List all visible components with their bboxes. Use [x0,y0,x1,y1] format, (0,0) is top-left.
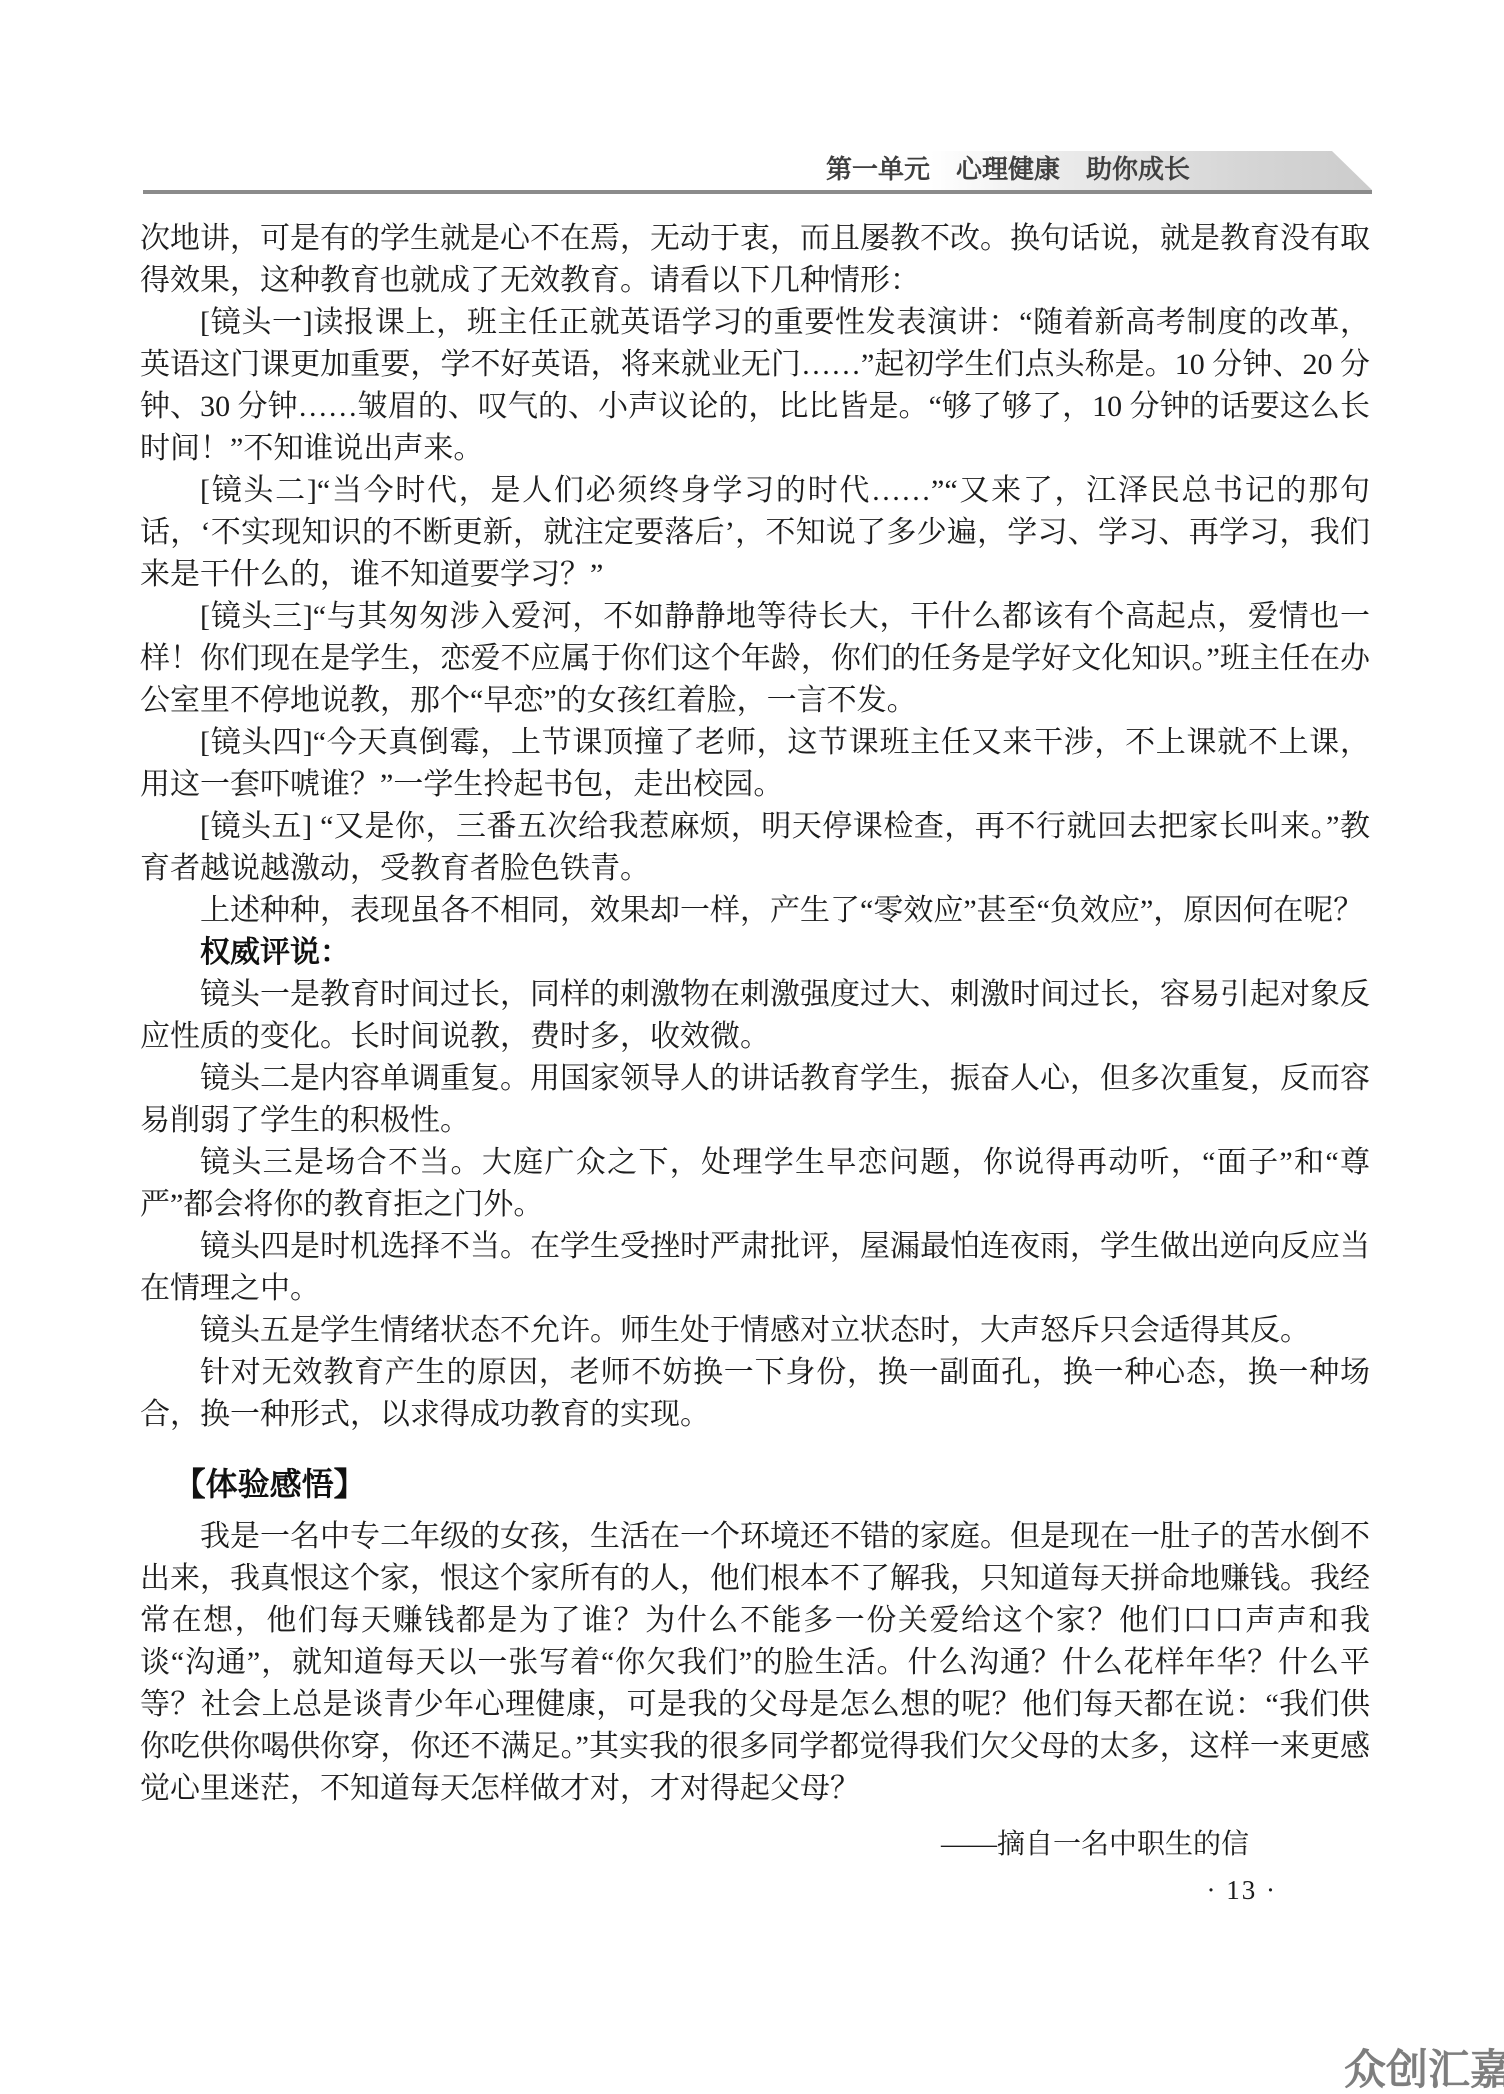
paragraph: 镜头五是学生情绪状态不允许。师生处于情感对立状态时，大声怒斥只会适得其反。 [140,1310,1370,1352]
paragraph: [镜头二]“当今时代，是人们必须终身学习的时代……”“又来了，江泽民总书记的那句… [140,470,1370,596]
paragraph: [镜头四]“今天真倒霉，上节课顶撞了老师，这节课班主任又来干涉，不上课就不上课，… [140,722,1370,806]
paragraph: [镜头一]读报课上，班主任正就英语学习的重要性发表演讲：“随着新高考制度的改革，… [140,302,1370,470]
page-header: 第一单元 心理健康 助你成长 [0,0,1504,196]
watermark-logo: 众创汇嘉 [1344,2046,1504,2094]
paragraph: 我是一名中专二年级的女孩，生活在一个环境还不错的家庭。但是现在一肚子的苦水倒不出… [140,1516,1370,1810]
paragraph: [镜头三]“与其匆匆涉入爱河，不如静静地等待长大，干什么都该有个高起点，爱情也一… [140,596,1370,722]
page-content: 次地讲，可是有的学生就是心不在焉，无动于衷，而且屡教不改。换句话说，就是教育没有… [0,196,1504,1810]
section-heading: 权威评说： [140,932,1370,974]
paragraph: 镜头二是内容单调重复。用国家领导人的讲话教育学生，振奋人心，但多次重复，反而容易… [140,1058,1370,1142]
book-page: 第一单元 心理健康 助你成长 次地讲，可是有的学生就是心不在焉，无动于衷，而且屡… [0,0,1504,2094]
paragraph: 针对无效教育产生的原因，老师不妨换一下身份，换一副面孔，换一种心态，换一种场合，… [140,1352,1370,1436]
paragraph: 镜头一是教育时间过长，同样的刺激物在刺激强度过大、刺激时间过长，容易引起对象反应… [140,974,1370,1058]
paragraph: [镜头五] “又是你，三番五次给我惹麻烦，明天停课检查，再不行就回去把家长叫来。… [140,806,1370,890]
paragraph: 上述种种，表现虽各不相同，效果却一样，产生了“零效应”甚至“负效应”，原因何在呢… [140,890,1370,932]
paragraph: 镜头三是场合不当。大庭广众之下，处理学生早恋问题，你说得再动听，“面子”和“尊严… [140,1142,1370,1226]
header-rule [143,190,1372,194]
attribution-line: ——摘自一名中职生的信 [0,1824,1504,1866]
section-heading: 【体验感悟】 [140,1462,1370,1506]
page-number: · 13 · [0,1872,1504,1908]
paragraph: 次地讲，可是有的学生就是心不在焉，无动于衷，而且屡教不改。换句话说，就是教育没有… [140,218,1370,302]
unit-title: 第一单元 心理健康 助你成长 [826,153,1190,185]
paragraph: 镜头四是时机选择不当。在学生受挫时严肃批评，屋漏最怕连夜雨，学生做出逆向反应当在… [140,1226,1370,1310]
